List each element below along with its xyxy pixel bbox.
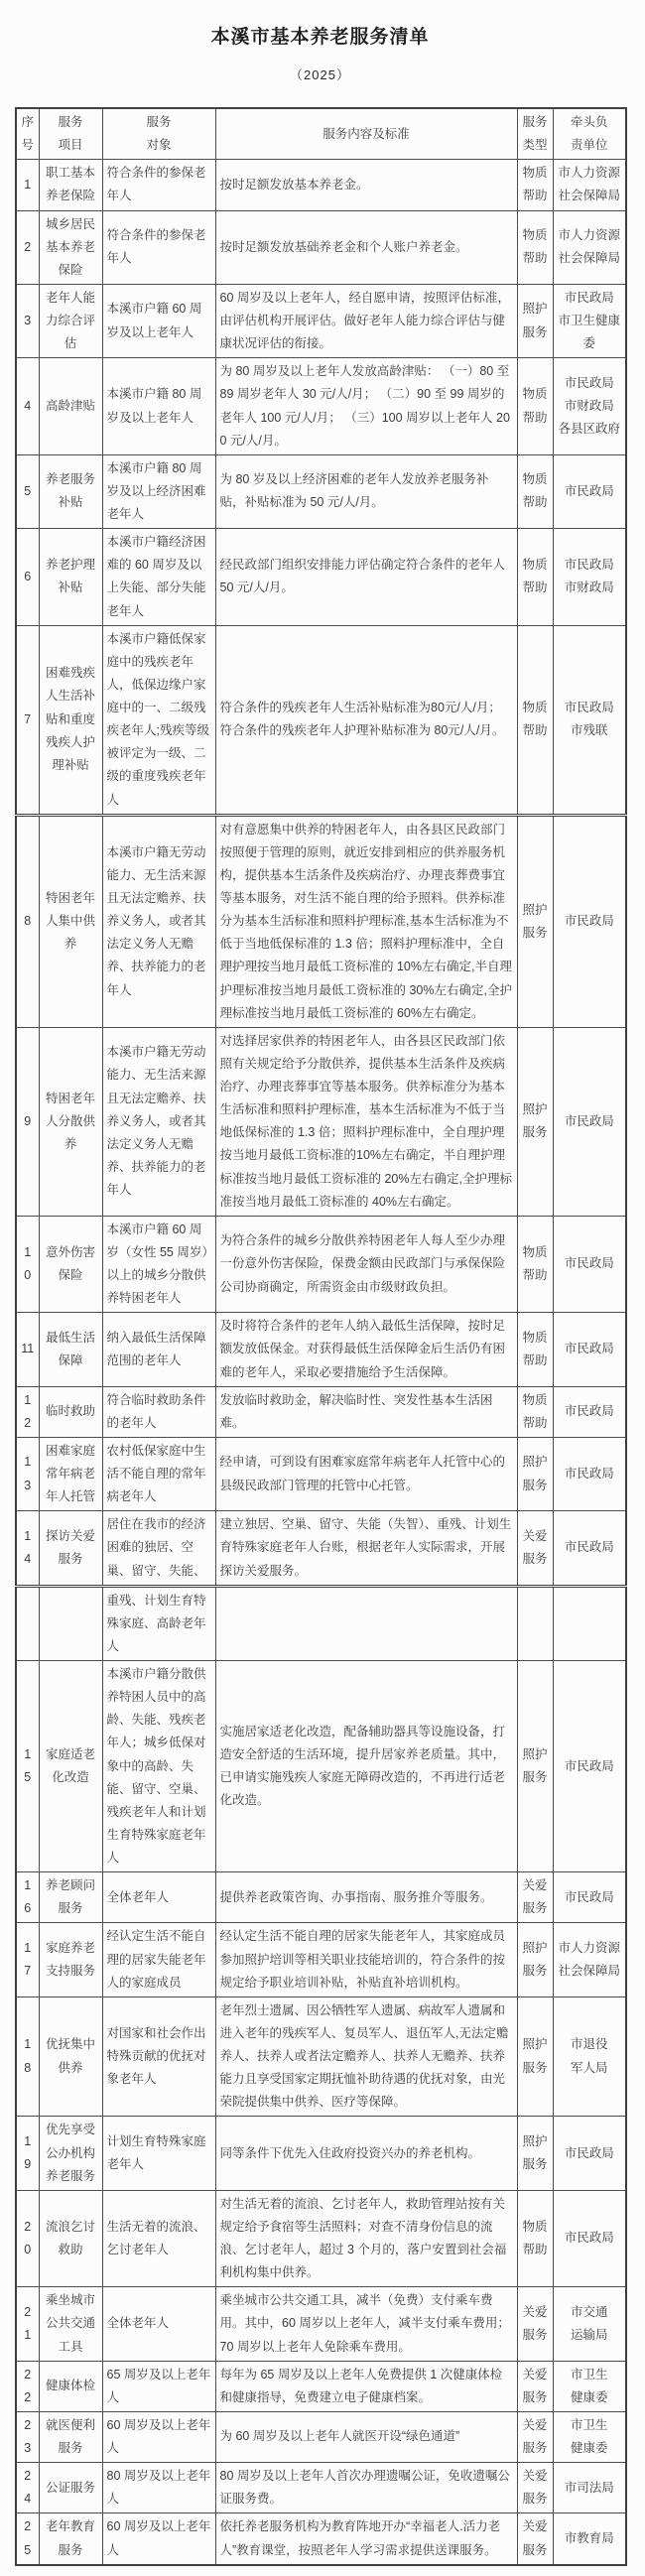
cell-service-type: 照护 服务 (517, 2117, 553, 2190)
table-row: 16养老顾问服务全体老年人提供养老政策咨询、办事指南、服务推介等服务。关爱 服务… (16, 1872, 626, 1923)
cell-service-content: 按时足额发放基本养老金。 (215, 160, 517, 210)
cell-service-target: 本溪市户籍分散供养特困人员中的高龄、失能、残疾老年人；城乡低保对象中的高龄、失能… (102, 1661, 215, 1872)
cell-service-type: 关爱 服务 (517, 2361, 553, 2411)
cell-service-target: 本溪市户籍无劳动能力、无生活来源且无法定赡养、扶养义务人，或者其法定义务人无赡养… (102, 1027, 215, 1216)
cell-service-content: 为符合条件的城乡分散供养特困老年人每人至少办理一份意外伤害保险，保费金额由民政部… (215, 1216, 517, 1313)
table-row: 19优先享受公办机构养老服务计划生育特殊家庭老年人同等条件下优先入住政府投资兴办… (16, 2117, 626, 2190)
cell-service-type: 关爱 服务 (517, 1511, 553, 1586)
cell-service-target: 本溪市户籍低保家庭中的残疾老年人，低保边缘户家庭中的一、二级残疾老年人;残疾等级… (102, 625, 215, 815)
cell-serial-number: 7 (16, 625, 39, 815)
cell-serial-number: 19 (16, 2117, 39, 2190)
cell-service-item: 家庭适老化改造 (39, 1661, 102, 1872)
cell-service-target: 符合临时救助条件的老年人 (102, 1386, 215, 1437)
cell-service-target: 65 周岁及以上老年人 (102, 2361, 215, 2411)
column-header: 序 号 (16, 108, 39, 160)
cell-service-target: 本溪市户籍无劳动能力、无生活来源且无法定赡养、扶养义务人，或者其法定义务人无赡养… (102, 815, 215, 1027)
table-row: 22健康体检65 周岁及以上老年人每年为 65 周岁及以上老年人免费提供 1 次… (16, 2361, 626, 2411)
cell-service-target: 本溪市户籍 60 周岁及以上老年人 (102, 284, 215, 357)
cell-service-content: 符合条件的残疾老年人生活补贴标准为80元/人/月；符合条件的残疾老年人护理补贴标… (215, 625, 517, 815)
cell-serial-number: 5 (16, 454, 39, 528)
service-table: 序 号服务 项目服务 对象服务内容及标准服务 类型牵头负 责单位 1职工基本养老… (15, 107, 627, 2566)
cell-service-type: 关爱 服务 (517, 2287, 553, 2361)
cell-service-item (39, 1586, 102, 1660)
cell-service-target: 全体老年人 (102, 2287, 215, 2361)
cell-service-type: 物质 帮助 (517, 625, 553, 815)
cell-service-type: 照护 服务 (517, 815, 553, 1027)
cell-serial-number: 11 (16, 1313, 39, 1386)
column-header: 服务 项目 (39, 108, 102, 160)
cell-service-target: 重残、计划生育特殊家庭、高龄老年人 (102, 1586, 215, 1660)
cell-lead-unit: 市民政局 (553, 2190, 626, 2287)
cell-service-type: 关爱 服务 (517, 2513, 553, 2565)
cell-service-content: 乘坐城市公共交通工具，减半（免费）支付乘车费用。其中，60 周岁以上老年人，减半… (215, 2287, 517, 2361)
table-row-continuation: 重残、计划生育特殊家庭、高龄老年人 (16, 1586, 626, 1660)
table-row: 20流浪乞讨救助生活无着的流浪、乞讨老年人对生活无着的流浪、乞讨老年人，救助管理… (16, 2190, 626, 2287)
cell-service-item: 乘坐城市公共交通工具 (39, 2287, 102, 2361)
cell-service-target: 纳入最低生活保障范围的老年人 (102, 1313, 215, 1386)
cell-lead-unit: 市民政局 市残联 (553, 625, 626, 815)
cell-service-type: 物质 帮助 (517, 529, 553, 626)
cell-service-target: 本溪市户籍经济困难的 60 周岁及以上失能、部分失能老年人 (102, 529, 215, 626)
cell-serial-number: 15 (16, 1661, 39, 1872)
cell-service-item: 就医便利服务 (39, 2411, 102, 2462)
cell-service-content: 提供养老政策咨询、办事指南、服务推介等服务。 (215, 1872, 517, 1923)
cell-service-item: 高龄津贴 (39, 358, 102, 455)
cell-service-item: 养老护理补贴 (39, 529, 102, 626)
cell-service-content: 为 80 周岁及以上老年人发放高龄津贴： （一）80 至 89 周岁老年人 30… (215, 358, 517, 455)
cell-lead-unit: 市卫生 健康委 (553, 2361, 626, 2411)
cell-service-content: 经民政部门组织安排能力评估确定符合条件的老年人 50 元/人/月。 (215, 529, 517, 626)
cell-service-type: 物质 帮助 (517, 358, 553, 455)
cell-lead-unit: 市民政局 (553, 1313, 626, 1386)
cell-serial-number: 25 (16, 2513, 39, 2565)
cell-serial-number: 20 (16, 2190, 39, 2287)
cell-service-target: 农村低保家庭中生活不能自理的常年病老年人 (102, 1437, 215, 1510)
cell-lead-unit: 市民政局 (553, 1027, 626, 1216)
cell-serial-number: 23 (16, 2411, 39, 2462)
cell-lead-unit: 市民政局 (553, 815, 626, 1027)
table-row: 23就医便利服务60 周岁及以上老年人为 60 周岁及以上老年人就医开设“绿色通… (16, 2411, 626, 2462)
cell-serial-number: 12 (16, 1386, 39, 1437)
cell-service-target: 经认定生活不能自理的居家失能老年人的家庭成员 (102, 1923, 215, 1996)
cell-service-type: 关爱 服务 (517, 2411, 553, 2462)
cell-service-item: 探访关爱服务 (39, 1511, 102, 1586)
cell-service-content: 建立独居、空巢、留守、失能（失智）、重残、计划生育特殊家庭老年人台账，根据老年人… (215, 1511, 517, 1586)
cell-serial-number: 18 (16, 1996, 39, 2117)
cell-serial-number: 8 (16, 815, 39, 1027)
table-row: 14探访关爱服务居住在我市的经济困难的独居、空巢、留守、失能、建立独居、空巢、留… (16, 1511, 626, 1586)
cell-service-target: 对国家和社会作出特殊贡献的优抚对象老年人 (102, 1996, 215, 2117)
table-row: 24公证服务80 周岁及以上老年人80 周岁及以上老年人首次办理遗嘱公证，免收遗… (16, 2463, 626, 2513)
table-row: 25老年教育服务60 周岁及以上老年人依托养老服务机构为教育阵地开办“幸福老人.… (16, 2513, 626, 2565)
cell-service-type: 物质 帮助 (517, 160, 553, 210)
cell-service-item: 健康体检 (39, 2361, 102, 2411)
column-header: 服务 类型 (517, 108, 553, 160)
cell-lead-unit: 市民政局 (553, 1511, 626, 1586)
cell-serial-number: 9 (16, 1027, 39, 1216)
cell-service-item: 流浪乞讨救助 (39, 2190, 102, 2287)
cell-service-item: 意外伤害保险 (39, 1216, 102, 1313)
cell-lead-unit: 市民政局 (553, 1216, 626, 1313)
cell-lead-unit: 市民政局 (553, 2117, 626, 2190)
cell-service-target: 60 周岁及以上老年人 (102, 2411, 215, 2462)
cell-lead-unit: 市人力资源 社会保障局 (553, 210, 626, 284)
table-row: 2城乡居民基本养老保险符合条件的参保老年人按时足额发放基础养老金和个人账户养老金… (16, 210, 626, 284)
cell-serial-number: 10 (16, 1216, 39, 1313)
cell-lead-unit: 市民政局 (553, 1872, 626, 1923)
cell-service-content: 为 80 岁及以上经济困难的老年人发放养老服务补贴，补贴标准为 50 元/人/月… (215, 454, 517, 528)
document-page: 本溪市基本养老服务清单 （2025） 序 号服务 项目服务 对象服务内容及标准服… (0, 0, 645, 2576)
cell-service-content: 对选择居家供养的特困老年人，由各县区民政部门依照有关规定给予分散供养，提供基本生… (215, 1027, 517, 1216)
cell-service-item: 困难残疾人生活补贴和重度残疾人护理补贴 (39, 625, 102, 815)
cell-service-content (215, 1586, 517, 1660)
cell-lead-unit: 市卫生 健康委 (553, 2411, 626, 2462)
table-row: 4高龄津贴本溪市户籍 80 周岁及以上老年人为 80 周岁及以上老年人发放高龄津… (16, 358, 626, 455)
table-row: 21乘坐城市公共交通工具全体老年人乘坐城市公共交通工具，减半（免费）支付乘车费用… (16, 2287, 626, 2361)
cell-service-item: 城乡居民基本养老保险 (39, 210, 102, 284)
cell-service-content: 经申请，可到设有困难家庭常年病老年人托管中心的县级民政部门管理的托管中心托管。 (215, 1437, 517, 1510)
cell-service-content: 经认定生活不能自理的居家失能老年人，其家庭成员参加照护培训等相关职业技能培训的，… (215, 1923, 517, 1996)
cell-lead-unit: 市民政局 (553, 454, 626, 528)
cell-lead-unit: 市交通 运输局 (553, 2287, 626, 2361)
cell-service-item: 家庭养老支持服务 (39, 1923, 102, 1996)
cell-service-content: 发放临时救助金，解决临时性、突发性基本生活困难。 (215, 1386, 517, 1437)
cell-service-type: 物质 帮助 (517, 454, 553, 528)
cell-service-type: 物质 帮助 (517, 1216, 553, 1313)
cell-service-target: 生活无着的流浪、乞讨老年人 (102, 2190, 215, 2287)
cell-service-target: 符合条件的参保老年人 (102, 160, 215, 210)
cell-serial-number: 4 (16, 358, 39, 455)
cell-service-content: 按时足额发放基础养老金和个人账户养老金。 (215, 210, 517, 284)
cell-service-item: 特困老年人分散供养 (39, 1027, 102, 1216)
table-row: 15家庭适老化改造本溪市户籍分散供养特困人员中的高龄、失能、残疾老年人；城乡低保… (16, 1661, 626, 1872)
cell-service-type: 关爱 服务 (517, 2463, 553, 2513)
cell-service-content: 对生活无着的流浪、乞讨老年人，救助管理站按有关规定给予食宿等生活照料；对查不清身… (215, 2190, 517, 2287)
cell-service-type: 物质 帮助 (517, 1386, 553, 1437)
table-row: 1职工基本养老保险符合条件的参保老年人按时足额发放基本养老金。物质 帮助市人力资… (16, 160, 626, 210)
cell-lead-unit: 市民政局 (553, 1437, 626, 1510)
cell-service-type (517, 1586, 553, 1660)
table-header-row: 序 号服务 项目服务 对象服务内容及标准服务 类型牵头负 责单位 (16, 108, 626, 160)
cell-serial-number (16, 1586, 39, 1660)
cell-service-target: 60 周岁及以上老年人 (102, 2513, 215, 2565)
cell-service-item: 困难家庭常年病老年人托管 (39, 1437, 102, 1510)
cell-lead-unit: 市人力资源 社会保障局 (553, 160, 626, 210)
table-row: 10意外伤害保险本溪市户籍 60 周岁（女性 55 周岁）以上的城乡分散供养特困… (16, 1216, 626, 1313)
cell-lead-unit: 市民政局 市财政局 各县区政府 (553, 358, 626, 455)
cell-service-content: 为 60 周岁及以上老年人就医开设“绿色通道” (215, 2411, 517, 2462)
page-subtitle: （2025） (15, 64, 625, 83)
cell-service-type: 照护 服务 (517, 1437, 553, 1510)
cell-lead-unit: 市教育局 (553, 2513, 626, 2565)
cell-serial-number: 24 (16, 2463, 39, 2513)
cell-service-type: 照护 服务 (517, 1027, 553, 1216)
table-row: 11最低生活保障纳入最低生活保障范围的老年人及时将符合条件的老年人纳入最低生活保… (16, 1313, 626, 1386)
cell-lead-unit: 市人力资源 社会保障局 (553, 1923, 626, 1996)
cell-serial-number: 13 (16, 1437, 39, 1510)
cell-lead-unit: 市民政局 市财政局 (553, 529, 626, 626)
cell-service-item: 养老服务补贴 (39, 454, 102, 528)
cell-service-type: 照护 服务 (517, 1661, 553, 1872)
cell-serial-number: 17 (16, 1923, 39, 1996)
cell-service-content: 对有意愿集中供养的特困老年人，由各县区民政部门按照便于管理的原则，就近安排到相应… (215, 815, 517, 1027)
column-header: 服务内容及标准 (215, 108, 517, 160)
column-header: 服务 对象 (102, 108, 215, 160)
cell-service-content: 实施居家适老化改造，配备辅助器具等设施设备，打造安全舒适的生活环境，提升居家养老… (215, 1661, 517, 1872)
cell-serial-number: 2 (16, 210, 39, 284)
cell-serial-number: 22 (16, 2361, 39, 2411)
column-header: 牵头负 责单位 (553, 108, 626, 160)
table-row: 18优抚集中供养对国家和社会作出特殊贡献的优抚对象老年人老年烈士遗属、因公牺牲军… (16, 1996, 626, 2117)
cell-serial-number: 16 (16, 1872, 39, 1923)
table-row: 3老年人能力综合评估本溪市户籍 60 周岁及以上老年人60 周岁及以上老年人，经… (16, 284, 626, 357)
cell-lead-unit: 市民政局 市卫生健康 委 (553, 284, 626, 357)
cell-service-target: 本溪市户籍 80 周岁及以上老年人 (102, 358, 215, 455)
service-table-body: 1职工基本养老保险符合条件的参保老年人按时足额发放基本养老金。物质 帮助市人力资… (16, 160, 626, 2565)
cell-service-item: 职工基本养老保险 (39, 160, 102, 210)
table-row: 13困难家庭常年病老年人托管农村低保家庭中生活不能自理的常年病老年人经申请，可到… (16, 1437, 626, 1510)
cell-service-target: 本溪市户籍 80 周岁及以上经济困难老年人 (102, 454, 215, 528)
cell-serial-number: 6 (16, 529, 39, 626)
cell-serial-number: 1 (16, 160, 39, 210)
cell-service-content: 60 周岁及以上老年人，经自愿申请，按照评估标准，由评估机构开展评估。做好老年人… (215, 284, 517, 357)
cell-service-item: 优抚集中供养 (39, 1996, 102, 2117)
cell-service-target: 全体老年人 (102, 1872, 215, 1923)
cell-serial-number: 21 (16, 2287, 39, 2361)
cell-service-item: 养老顾问服务 (39, 1872, 102, 1923)
cell-service-target: 符合条件的参保老年人 (102, 210, 215, 284)
cell-service-type: 照护 服务 (517, 1996, 553, 2117)
table-row: 12临时救助符合临时救助条件的老年人发放临时救助金，解决临时性、突发性基本生活困… (16, 1386, 626, 1437)
cell-lead-unit: 市司法局 (553, 2463, 626, 2513)
cell-service-item: 特困老年人集中供养 (39, 815, 102, 1027)
cell-service-type: 物质 帮助 (517, 210, 553, 284)
cell-service-target: 计划生育特殊家庭老年人 (102, 2117, 215, 2190)
cell-service-content: 老年烈士遗属、因公牺牲军人遗属、病故军人遗属和进入老年的残疾军人、复员军人、退伍… (215, 1996, 517, 2117)
cell-service-item: 老年人能力综合评估 (39, 284, 102, 357)
cell-service-type: 物质 帮助 (517, 1313, 553, 1386)
cell-service-content: 每年为 65 周岁及以上老年人免费提供 1 次健康体检和健康指导，免费建立电子健… (215, 2361, 517, 2411)
cell-service-item: 老年教育服务 (39, 2513, 102, 2565)
cell-lead-unit (553, 1586, 626, 1660)
table-row: 8特困老年人集中供养本溪市户籍无劳动能力、无生活来源且无法定赡养、扶养义务人，或… (16, 815, 626, 1027)
cell-service-type: 照护 服务 (517, 284, 553, 357)
table-row: 17家庭养老支持服务经认定生活不能自理的居家失能老年人的家庭成员经认定生活不能自… (16, 1923, 626, 1996)
cell-service-type: 关爱 服务 (517, 1872, 553, 1923)
cell-service-type: 物质 帮助 (517, 2190, 553, 2287)
cell-lead-unit: 市退役 军人局 (553, 1996, 626, 2117)
cell-service-item: 临时救助 (39, 1386, 102, 1437)
cell-service-content: 80 周岁及以上老年人首次办理遗嘱公证，免收遗嘱公证服务费。 (215, 2463, 517, 2513)
table-row: 6养老护理补贴本溪市户籍经济困难的 60 周岁及以上失能、部分失能老年人经民政部… (16, 529, 626, 626)
cell-lead-unit: 市民政局 (553, 1661, 626, 1872)
cell-service-item: 优先享受公办机构养老服务 (39, 2117, 102, 2190)
cell-service-content: 及时将符合条件的老年人纳入最低生活保障，按时足额发放低保金。对获得最低生活保障金… (215, 1313, 517, 1386)
cell-service-item: 最低生活保障 (39, 1313, 102, 1386)
cell-service-content: 依托养老服务机构为教育阵地开办“幸福老人.活力老人”教育课堂，按照老年人学习需求… (215, 2513, 517, 2565)
page-title: 本溪市基本养老服务清单 (15, 22, 625, 49)
table-row: 7困难残疾人生活补贴和重度残疾人护理补贴本溪市户籍低保家庭中的残疾老年人，低保边… (16, 625, 626, 815)
cell-service-target: 居住在我市的经济困难的独居、空巢、留守、失能、 (102, 1511, 215, 1586)
cell-serial-number: 14 (16, 1511, 39, 1586)
cell-lead-unit: 市民政局 (553, 1386, 626, 1437)
cell-service-item: 公证服务 (39, 2463, 102, 2513)
cell-service-type: 照护 服务 (517, 1923, 553, 1996)
cell-service-target: 本溪市户籍 60 周岁（女性 55 周岁）以上的城乡分散供养特困老年人 (102, 1216, 215, 1313)
table-row: 5养老服务补贴本溪市户籍 80 周岁及以上经济困难老年人为 80 岁及以上经济困… (16, 454, 626, 528)
table-row: 9特困老年人分散供养本溪市户籍无劳动能力、无生活来源且无法定赡养、扶养义务人，或… (16, 1027, 626, 1216)
cell-service-target: 80 周岁及以上老年人 (102, 2463, 215, 2513)
cell-service-content: 同等条件下优先入住政府投资兴办的养老机构。 (215, 2117, 517, 2190)
cell-serial-number: 3 (16, 284, 39, 357)
